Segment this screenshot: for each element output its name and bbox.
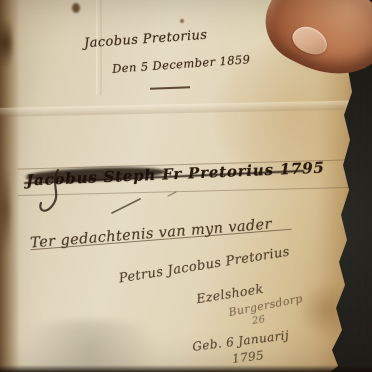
brown-stain xyxy=(300,280,355,340)
horizontal-crease xyxy=(0,100,372,117)
inscription-owner-name: Jacobus Pretorius xyxy=(84,28,208,52)
inscription-name-2: Petrus Jacobus Pretorius xyxy=(118,245,291,287)
inscription-small-note: 26 xyxy=(251,314,266,327)
spine-stain xyxy=(0,8,12,78)
spine-shadow xyxy=(0,0,20,372)
spine-stain xyxy=(0,150,10,270)
thumb-holding-page xyxy=(266,0,372,72)
faint-ruled-line xyxy=(18,187,348,196)
inscription-date: Den 5 December 1859 xyxy=(112,52,251,76)
date-underline xyxy=(150,86,190,89)
inscription-birth-year: 1795 xyxy=(231,348,265,366)
photo-of-manuscript: Jacobus Pretorius Den 5 December 1859 Ja… xyxy=(0,0,372,372)
ink-spot xyxy=(180,19,184,23)
photo-bottom-edge xyxy=(0,365,372,372)
ink-spot xyxy=(72,3,80,13)
